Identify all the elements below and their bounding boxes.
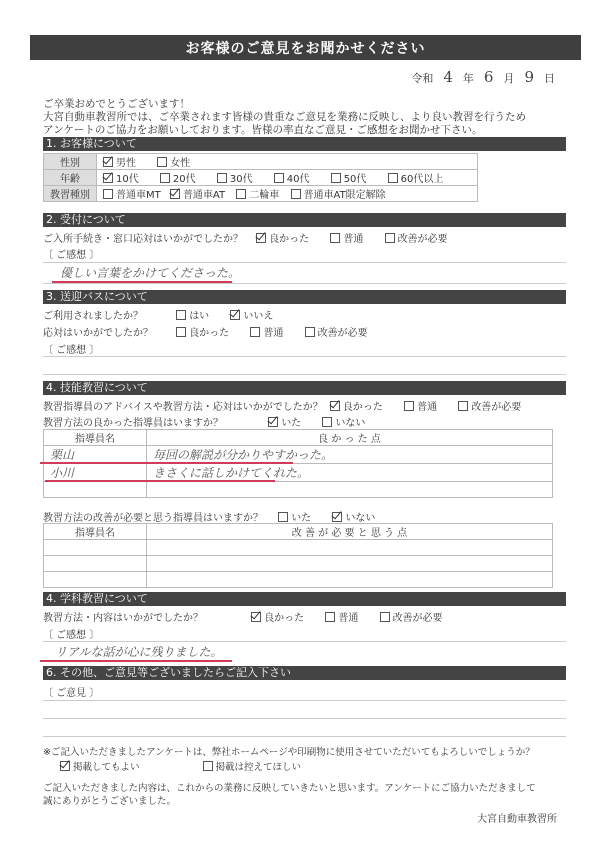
red-underline: [40, 462, 293, 464]
checkbox-icon[interactable]: [278, 512, 288, 522]
classroom-question: 教習方法・内容はいかがでしたか？: [43, 609, 248, 624]
checkbox-icon[interactable]: [170, 189, 180, 199]
classroom-question-row: 教習方法・内容はいかがでしたか？ 良かった 普通 改善が必要: [43, 609, 461, 624]
section-6-header: 6. その他、ご意見等ございましたらご記入下さい: [43, 666, 566, 680]
intro-line: アンケートのご協力をお願いしております。皆様の率直なご意見・ご感想をお聞かせ下さ…: [43, 124, 526, 137]
checkbox-icon[interactable]: [203, 761, 213, 771]
checkbox-icon[interactable]: [250, 327, 260, 337]
option-no[interactable]: いいえ: [230, 311, 273, 322]
checkbox-icon[interactable]: [322, 417, 332, 427]
checkbox-icon[interactable]: [330, 233, 340, 243]
divider: [43, 356, 566, 357]
section-1-header: 1. お客様について: [43, 137, 566, 151]
bus-service-question: 応対はいかがでしたか？: [43, 324, 173, 339]
improve-instructor-row: 教習方法の改善が必要と思う指導員はいますか？ いた いない: [43, 509, 393, 524]
option-good[interactable]: 良かった: [176, 328, 229, 339]
reception-comment[interactable]: 優しい言葉をかけてくださった。: [60, 264, 240, 281]
option-60s-plus[interactable]: 60代以上: [388, 174, 444, 185]
checkbox-icon[interactable]: [380, 612, 390, 622]
option-allow-publish[interactable]: 掲載してもよい: [60, 762, 140, 773]
option-at-limit-removal[interactable]: 普通車AT限定解除: [291, 190, 386, 201]
divider: [43, 718, 566, 719]
checkbox-icon[interactable]: [251, 612, 261, 622]
date-year[interactable]: 4: [443, 68, 453, 86]
checkbox-icon[interactable]: [160, 173, 170, 183]
bus-usage-row: ご利用されましたか？ はい いいえ: [43, 307, 291, 322]
improve-instructor-question: 教習方法の改善が必要と思う指導員はいますか？: [43, 509, 275, 524]
intro-line: ご卒業おめでとうございます！: [43, 98, 526, 111]
checkbox-icon[interactable]: [103, 189, 113, 199]
option-yes[interactable]: はい: [176, 311, 209, 322]
section-5-header: 4. 学科教習について: [43, 592, 566, 606]
bus-usage-question: ご利用されましたか？: [43, 307, 173, 322]
option-normal[interactable]: 普通: [250, 328, 283, 339]
checkbox-icon[interactable]: [331, 173, 341, 183]
option-10s[interactable]: 10代: [103, 174, 139, 185]
good-point[interactable]: 毎回の解説が分かりやすかった。: [147, 446, 553, 464]
divider: [43, 262, 566, 263]
checkbox-icon[interactable]: [176, 327, 186, 337]
reception-question-row: ご入所手続き・窓口応対はいかがでしたか？ 良かった 普通 改善が必要: [43, 230, 466, 245]
option-40s[interactable]: 40代: [274, 174, 310, 185]
divider: [43, 641, 566, 642]
column-header-improvement-points: 改 善 が 必 要 と 思 う 点: [147, 524, 553, 540]
option-decline-publish[interactable]: 掲載は控えてほしい: [203, 762, 302, 773]
option-male[interactable]: 男性: [103, 158, 136, 169]
age-label: 年齢: [44, 170, 97, 186]
improvement-point[interactable]: [147, 556, 553, 572]
checkbox-icon[interactable]: [268, 417, 278, 427]
checkbox-icon[interactable]: [404, 401, 414, 411]
checkbox-icon[interactable]: [60, 761, 70, 771]
checkbox-icon[interactable]: [385, 233, 395, 243]
intro-text: ご卒業おめでとうございます！ 大宮自動車教習所では、ご卒業されます皆様の貴重なご…: [43, 98, 526, 137]
option-needs-improvement[interactable]: 改善が必要: [380, 613, 443, 624]
option-yes[interactable]: いた: [268, 418, 301, 429]
checkbox-icon[interactable]: [291, 189, 301, 199]
checkbox-icon[interactable]: [388, 173, 398, 183]
closing-line: ご記入いただきました内容は、これからの業務に反映していきたいと思います。アンケー…: [43, 782, 536, 795]
option-30s[interactable]: 30代: [217, 174, 253, 185]
option-motorcycle[interactable]: 二輪車: [236, 190, 279, 201]
table-row: 小川 きさくに話しかけてくれた。: [44, 464, 553, 482]
option-mt[interactable]: 普通車MT: [103, 190, 161, 201]
good-instructor-question: 教習方法の良かった指導員はいますか？: [43, 414, 265, 429]
checkbox-icon[interactable]: [230, 310, 240, 320]
instructor-name[interactable]: [44, 572, 147, 588]
section-4-header: 4. 技能教習について: [43, 381, 566, 395]
instructor-name[interactable]: [44, 540, 147, 556]
option-female[interactable]: 女性: [157, 158, 190, 169]
column-header-instructor: 指導員名: [44, 430, 147, 446]
table-row: [44, 572, 553, 588]
good-point[interactable]: きさくに話しかけてくれた。: [147, 464, 553, 482]
option-normal[interactable]: 普通: [325, 613, 358, 624]
table-row: [44, 556, 553, 572]
section-2-header: 2. 受付について: [43, 213, 566, 227]
divider: [43, 374, 566, 375]
divider: [43, 736, 566, 737]
comment-label: 〔 ご意見 〕: [43, 684, 99, 699]
comment-label: 〔 ご感想 〕: [43, 341, 99, 356]
reception-question: ご入所手続き・窓口応対はいかがでしたか？: [43, 234, 243, 245]
instructor-name[interactable]: [44, 556, 147, 572]
table-row: [44, 540, 553, 556]
instructor-name[interactable]: 小川: [44, 464, 147, 482]
signature: 大宮自動車教習所: [477, 810, 557, 825]
option-needs-improvement[interactable]: 改善が必要: [458, 402, 521, 413]
intro-line: 大宮自動車教習所では、ご卒業されます皆様の貴重なご意見を業務に反映し、より良い教…: [43, 111, 526, 124]
checkbox-icon[interactable]: [217, 173, 227, 183]
column-header-instructor: 指導員名: [44, 524, 147, 540]
improvement-point[interactable]: [147, 540, 553, 556]
publish-question: ※ご記入いただきましたアンケートは、弊社ホームページや印刷物に使用させていただい…: [43, 744, 535, 758]
checkbox-icon[interactable]: [330, 401, 340, 411]
customer-info-table: 性別 男性 女性 年齢 10代 20代 30代 40代 50代 60代以上 教習…: [43, 153, 478, 202]
good-instructor-row: 教習方法の良かった指導員はいますか？ いた いない: [43, 414, 383, 429]
date-era: 令和: [411, 70, 433, 86]
option-no[interactable]: いない: [322, 418, 365, 429]
option-good[interactable]: 良かった: [330, 402, 383, 413]
closing-text: ご記入いただきました内容は、これからの業務に反映していきたいと思います。アンケー…: [43, 782, 536, 808]
age-row: 年齢 10代 20代 30代 40代 50代 60代以上: [44, 170, 478, 186]
table-row: 栗山 毎回の解説が分かりやすかった。: [44, 446, 553, 464]
column-header-good-points: 良 か っ た 点: [147, 430, 553, 446]
checkbox-icon[interactable]: [274, 173, 284, 183]
option-normal[interactable]: 普通: [330, 234, 363, 245]
checkbox-icon[interactable]: [332, 512, 342, 522]
improvement-point[interactable]: [147, 572, 553, 588]
divider: [43, 700, 566, 701]
checkbox-icon[interactable]: [236, 189, 246, 199]
closing-line: 誠にありがとうございました。: [43, 795, 536, 808]
gender-label: 性別: [44, 154, 97, 170]
red-underline: [40, 660, 232, 662]
checkbox-icon[interactable]: [176, 310, 186, 320]
form-title: お客様のご意見をお聞かせください: [30, 35, 581, 60]
table-row: [44, 482, 553, 498]
gender-row: 性別 男性 女性: [44, 154, 478, 170]
option-at[interactable]: 普通車AT: [170, 190, 225, 201]
option-normal[interactable]: 普通: [404, 402, 437, 413]
section-3-header: 3. 送迎バスについて: [43, 290, 566, 304]
checkbox-icon[interactable]: [256, 233, 266, 243]
comment-label: 〔 ご感想 〕: [43, 626, 99, 641]
option-needs-improvement[interactable]: 改善が必要: [305, 328, 368, 339]
red-underline: [45, 480, 275, 482]
option-good[interactable]: 良かった: [251, 613, 304, 624]
bus-service-row: 応対はいかがでしたか？ 良かった 普通 改善が必要: [43, 324, 386, 339]
comment-label: 〔 ご感想 〕: [43, 246, 99, 261]
course-type-row: 教習種別 普通車MT 普通車AT 二輪車 普通車AT限定解除: [44, 186, 478, 202]
classroom-comment[interactable]: リアルな話が心に残りました。: [55, 643, 223, 660]
checkbox-icon[interactable]: [157, 157, 167, 167]
improve-instructor-table: 指導員名 改 善 が 必 要 と 思 う 点: [43, 523, 553, 588]
date-month[interactable]: 6: [484, 68, 494, 86]
date-line: 令和 4 年 6 月 9 日: [411, 68, 555, 86]
date-day[interactable]: 9: [524, 68, 534, 86]
year-label: 年: [463, 70, 474, 86]
checkbox-icon[interactable]: [103, 173, 113, 183]
instructor-rating-row: 教習指導員のアドバイスや教習方法・応対はいかがでしたか？ 良かった 普通 改善が…: [43, 398, 521, 413]
month-label: 月: [503, 70, 514, 86]
course-type-label: 教習種別: [44, 186, 97, 202]
good-point[interactable]: [147, 482, 553, 498]
checkbox-icon[interactable]: [325, 612, 335, 622]
instructor-name[interactable]: 栗山: [44, 446, 147, 464]
option-50s[interactable]: 50代: [331, 174, 367, 185]
day-label: 日: [544, 70, 555, 86]
publish-options: 掲載してもよい 掲載は控えてほしい: [60, 759, 319, 773]
checkbox-icon[interactable]: [458, 401, 468, 411]
option-20s[interactable]: 20代: [160, 174, 196, 185]
divider: [43, 283, 566, 284]
option-needs-improvement[interactable]: 改善が必要: [385, 234, 448, 245]
instructor-name[interactable]: [44, 482, 147, 498]
instructor-rating-question: 教習指導員のアドバイスや教習方法・応対はいかがでしたか？: [43, 402, 323, 413]
checkbox-icon[interactable]: [305, 327, 315, 337]
checkbox-icon[interactable]: [103, 157, 113, 167]
option-good[interactable]: 良かった: [256, 234, 309, 245]
